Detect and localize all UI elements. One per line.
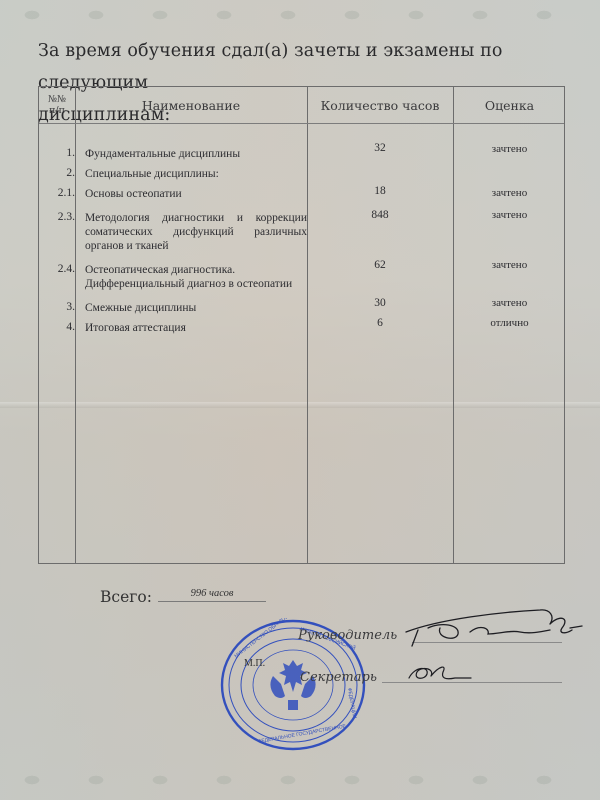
guilloche-border-top xyxy=(0,0,600,30)
row-name: Фундаментальные дисциплины xyxy=(85,147,307,161)
row-number: 2.4. xyxy=(39,263,75,275)
header-number-line-1: №№ xyxy=(48,94,66,105)
head-signature-label: Руководитель xyxy=(298,628,397,643)
row-hours: 18 xyxy=(307,185,453,197)
header-divider xyxy=(39,123,564,124)
total-value: 996 часов xyxy=(158,588,266,599)
row-grade: зачтено xyxy=(453,143,566,155)
row-name: Методология диагностики и коррекции сома… xyxy=(85,211,307,253)
row-grade: зачтено xyxy=(453,259,566,271)
row-grade: отлично xyxy=(453,317,566,329)
header-number: №№ п/п xyxy=(39,87,75,123)
total-label: Всего: xyxy=(100,588,152,606)
disciplines-table: №№ п/п Наименование Количество часов Оце… xyxy=(38,86,565,564)
secretary-signature-label: Секретарь xyxy=(300,670,377,685)
row-hours: 62 xyxy=(307,259,453,271)
row-name: Смежные дисциплины xyxy=(85,301,307,315)
row-name: Специальные дисциплины: xyxy=(85,167,307,181)
row-hours: 30 xyxy=(307,297,453,309)
row-number: 2.1. xyxy=(39,187,75,199)
row-name: Основы остеопатии xyxy=(85,187,307,201)
column-divider xyxy=(75,87,76,563)
row-number: 4. xyxy=(39,321,75,333)
row-hours: 6 xyxy=(307,317,453,329)
row-name: Итоговая аттестация xyxy=(85,321,307,335)
head-signature xyxy=(400,604,585,649)
row-grade: зачтено xyxy=(453,297,566,309)
header-number-line-2: п/п xyxy=(49,105,65,116)
guilloche-border-bottom xyxy=(0,760,600,800)
row-hours: 32 xyxy=(307,142,453,154)
row-number: 2. xyxy=(39,167,75,179)
seal-label: М.П. xyxy=(244,658,265,669)
header-name: Наименование xyxy=(75,87,307,123)
header-hours: Количество часов xyxy=(307,87,453,123)
row-grade: зачтено xyxy=(453,187,566,199)
row-hours: 848 xyxy=(307,209,453,221)
row-number: 3. xyxy=(39,301,75,313)
row-grade: зачтено xyxy=(453,209,566,221)
row-number: 2.3. xyxy=(39,211,75,223)
secretary-signature xyxy=(405,662,475,684)
header-grade: Оценка xyxy=(453,87,566,123)
total-underline xyxy=(158,601,266,602)
row-name: Остеопатическая диагностика. Дифференциа… xyxy=(85,263,307,291)
row-number: 1. xyxy=(39,147,75,159)
